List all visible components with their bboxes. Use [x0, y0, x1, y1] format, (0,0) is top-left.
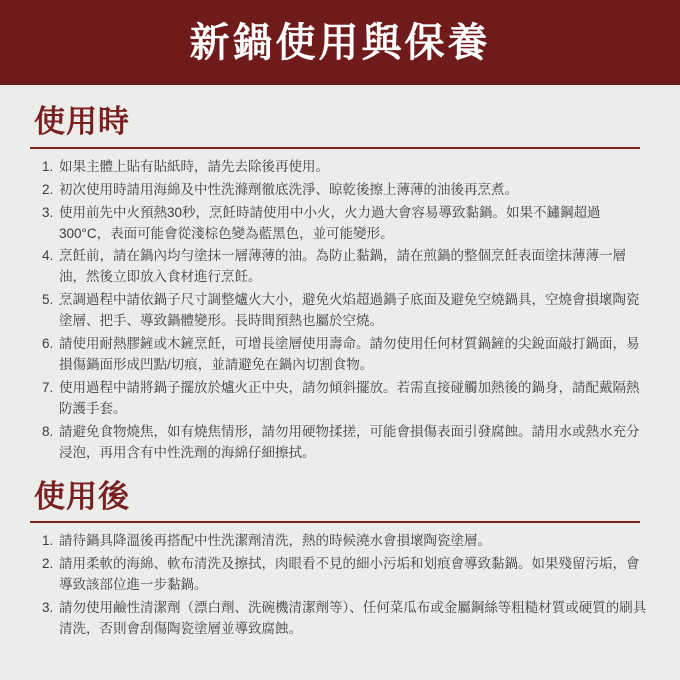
section-during-use: 使用時 如果主體上貼有貼紙時，請先去除後再使用。初次使用時請用海綿及中性洗滌劑徹…: [30, 103, 650, 464]
section-heading-during-use: 使用時: [34, 103, 650, 142]
section-divider: [30, 147, 640, 149]
instruction-item: 請使用耐熱膠鏟或木鏟烹飪，可增長塗層使用壽命。請勿使用任何材質鍋鏟的尖銳面敲打鍋…: [57, 334, 650, 376]
instruction-item: 初次使用時請用海綿及中性洗滌劑徹底洗淨、晾乾後擦上薄薄的油後再烹煮。: [57, 180, 650, 201]
instruction-item: 使用過程中請將鍋子擺放於爐火正中央，請勿傾斜擺放。若需直接碰觸加熱後的鍋身，請配…: [57, 378, 650, 420]
instruction-item: 烹飪前，請在鍋內均勻塗抹一層薄薄的油。為防止黏鍋，請在煎鍋的整個烹飪表面塗抹薄薄…: [57, 246, 650, 288]
instruction-item: 請勿使用鹼性清潔劑（漂白劑、洗碗機清潔劑等）、任何菜瓜布或金屬鋼絲等粗糙材質或硬…: [57, 598, 650, 640]
page-banner: 新鍋使用與保養: [0, 0, 680, 85]
after-use-list: 請待鍋具降溫後再搭配中性洗潔劑清洗，熱的時候澆水會損壞陶瓷塗層。請用柔軟的海綿、…: [30, 531, 650, 640]
instruction-item: 使用前先中火預熱30秒，烹飪時請使用中小火，火力過大會容易導致黏鍋。如果不鏽鋼超…: [57, 203, 650, 245]
page-title: 新鍋使用與保養: [190, 23, 491, 63]
during-use-list: 如果主體上貼有貼紙時，請先去除後再使用。初次使用時請用海綿及中性洗滌劑徹底洗淨、…: [30, 157, 650, 464]
instruction-item: 請避免食物燒焦，如有燒焦情形，請勿用硬物揉搓，可能會損傷表面引發腐蝕。請用水或熱…: [57, 422, 650, 464]
instruction-item: 烹調過程中請依鍋子尺寸調整爐火大小，避免火焰超過鍋子底面及避免空燒鍋具，空燒會損…: [57, 290, 650, 332]
section-divider: [30, 521, 640, 523]
instruction-item: 如果主體上貼有貼紙時，請先去除後再使用。: [57, 157, 650, 178]
instruction-item: 請待鍋具降溫後再搭配中性洗潔劑清洗，熱的時候澆水會損壞陶瓷塗層。: [57, 531, 650, 552]
instruction-item: 請用柔軟的海綿、軟布清洗及擦拭，肉眼看不見的細小污垢和划痕會導致黏鍋。如果殘留污…: [57, 554, 650, 596]
section-heading-after-use: 使用後: [34, 478, 650, 517]
section-after-use: 使用後 請待鍋具降溫後再搭配中性洗潔劑清洗，熱的時候澆水會損壞陶瓷塗層。請用柔軟…: [30, 478, 650, 640]
instructions-content: 使用時 如果主體上貼有貼紙時，請先去除後再使用。初次使用時請用海綿及中性洗滌劑徹…: [0, 85, 680, 640]
